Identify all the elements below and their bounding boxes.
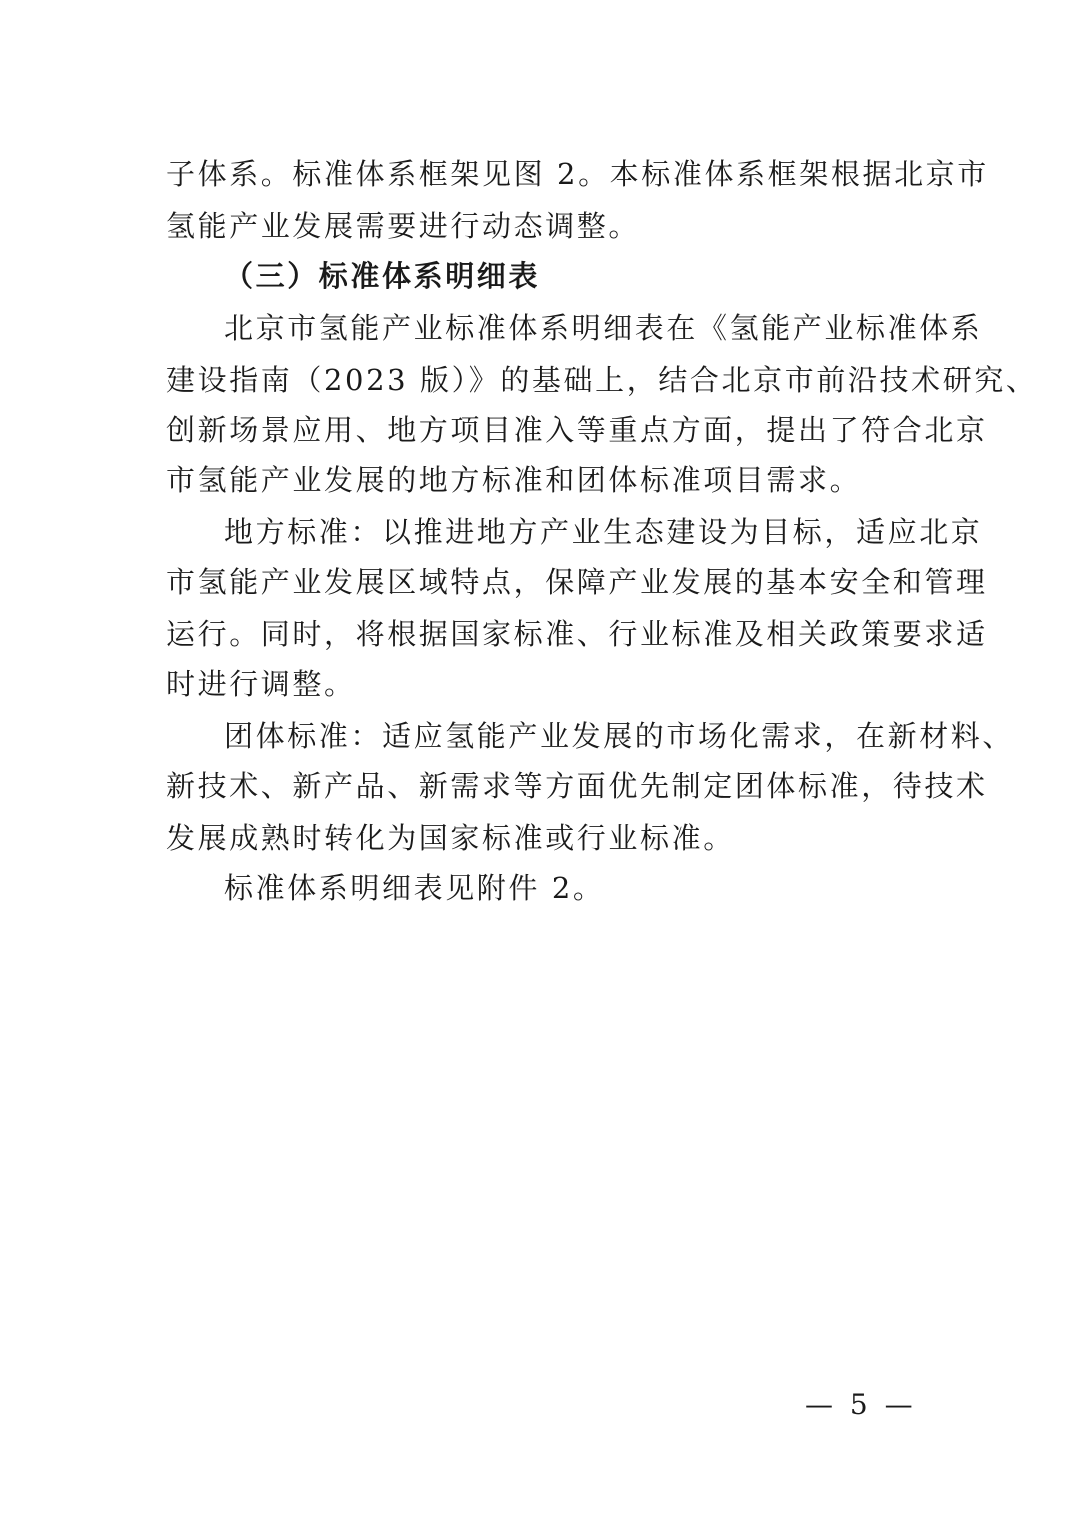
paragraph-4-line-1: 团体标准：适应氢能产业发展的市场化需求，在新材料、 bbox=[224, 716, 1014, 756]
paragraph-1-line-1: 子体系。标准体系框架见图 2。本标准体系框架根据北京市 bbox=[166, 154, 989, 194]
paragraph-2-line-2: 建设指南（2023 版）》的基础上，结合北京市前沿技术研究、 bbox=[166, 360, 1038, 400]
paragraph-3-line-2: 市氢能产业发展区域特点，保障产业发展的基本安全和管理 bbox=[166, 562, 988, 602]
paragraph-4-line-3: 发展成熟时转化为国家标准或行业标准。 bbox=[166, 818, 735, 858]
paragraph-5-line-1: 标准体系明细表见附件 2。 bbox=[224, 868, 604, 908]
paragraph-4-line-2: 新技术、新产品、新需求等方面优先制定团体标准，待技术 bbox=[166, 766, 988, 806]
paragraph-2-line-4: 市氢能产业发展的地方标准和团体标准项目需求。 bbox=[166, 460, 861, 500]
paragraph-3-line-1: 地方标准：以推进地方产业生态建设为目标，适应北京 bbox=[224, 512, 982, 552]
paragraph-1-line-2: 氢能产业发展需要进行动态调整。 bbox=[166, 206, 640, 246]
paragraph-2-line-1: 北京市氢能产业标准体系明细表在《氢能产业标准体系 bbox=[224, 308, 982, 348]
paragraph-2-line-3: 创新场景应用、地方项目准入等重点方面，提出了符合北京 bbox=[166, 410, 988, 450]
paragraph-3-line-3: 运行。同时，将根据国家标准、行业标准及相关政策要求适 bbox=[166, 614, 988, 654]
page-number: — 5 — bbox=[805, 1388, 917, 1421]
section-heading: （三）标准体系明细表 bbox=[224, 256, 540, 296]
paragraph-3-line-4: 时进行调整。 bbox=[166, 664, 356, 704]
